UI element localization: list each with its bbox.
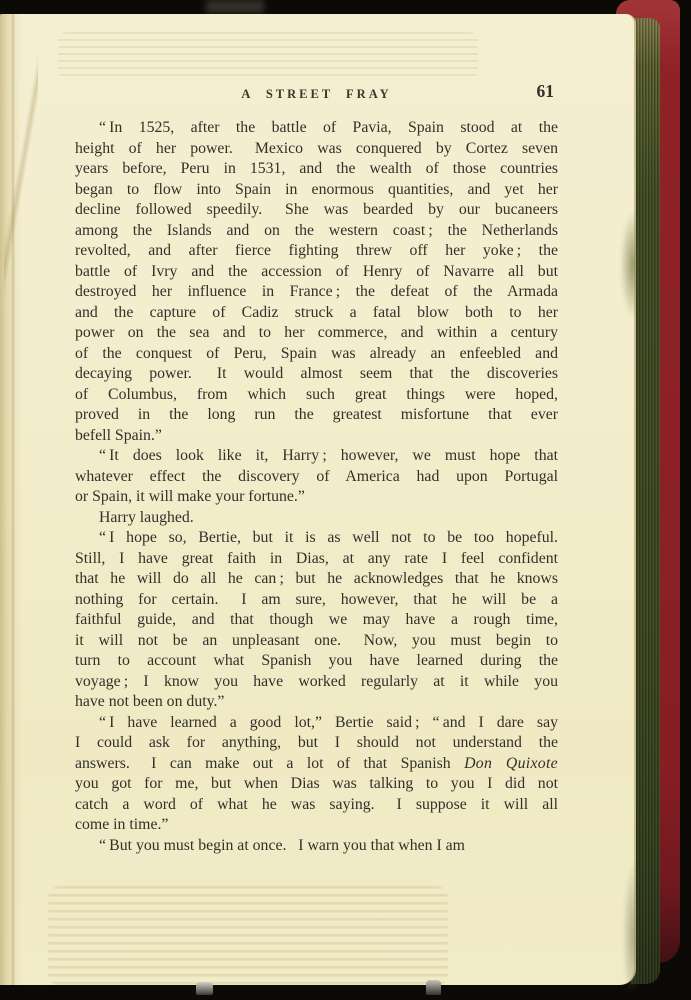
text-line: whatever effect the discovery of America… — [75, 467, 558, 488]
text-line: proved in the long run the greatest misf… — [75, 405, 558, 426]
text-line: revolted, and after fierce fighting thre… — [75, 241, 558, 262]
text-line: catch a word of what he was saying. I su… — [75, 795, 558, 816]
text-line: you got for me, but when Dias was talkin… — [75, 774, 558, 795]
text-line: among the Islands and on the western coa… — [75, 221, 558, 242]
text-line: faithful guide, and that though we may h… — [75, 610, 558, 631]
text-line: of Columbus, from which such great thing… — [75, 385, 558, 406]
text-line: answers. I can make out a lot of that Sp… — [75, 754, 558, 775]
text-line: voyage ; I know you have worked regularl… — [75, 672, 558, 693]
paragraph: “ It does look like it, Harry ; however,… — [75, 446, 558, 508]
text-line: befell Spain.” — [75, 426, 558, 447]
book-holder-clip — [196, 982, 213, 995]
text-line: “ I have learned a good lot,” Bertie sai… — [75, 713, 558, 734]
text-line: destroyed her influence in France ; the … — [75, 282, 558, 303]
text-line: began to flow into Spain in enormous qua… — [75, 180, 558, 201]
page-text: “ In 1525, after the battle of Pavia, Sp… — [75, 118, 558, 856]
text-line: “ I hope so, Bertie, but it is as well n… — [75, 528, 558, 549]
text-line: “ In 1525, after the battle of Pavia, Sp… — [75, 118, 558, 139]
page-edge-stain — [620, 210, 636, 320]
paragraph: “ I have learned a good lot,” Bertie sai… — [75, 713, 558, 836]
paragraph: “ But you must begin at once. I warn you… — [75, 836, 558, 857]
page-number: 61 — [537, 81, 555, 102]
page-edge-stain — [622, 859, 636, 989]
scanned-book-photo: A STREET FRAY 61 “ In 1525, after the ba… — [0, 0, 691, 1000]
text-line: I could ask for anything, but I should n… — [75, 733, 558, 754]
text-line: Still, I have great faith in Dias, at an… — [75, 549, 558, 570]
text-line: “ But you must begin at once. I warn you… — [75, 836, 558, 857]
text-line: height of her power. Mexico was conquere… — [75, 139, 558, 160]
paragraph: “ I hope so, Bertie, but it is as well n… — [75, 528, 558, 713]
text-line: or Spain, it will make your fortune.” — [75, 487, 558, 508]
text-line: turn to account what Spanish you have le… — [75, 651, 558, 672]
text-line: and the capture of Cadiz struck a fatal … — [75, 303, 558, 324]
page-texture-top — [58, 32, 478, 80]
text-line: years before, Peru in 1531, and the weal… — [75, 159, 558, 180]
text-line: Harry laughed. — [75, 508, 558, 529]
page-corner-crease — [4, 14, 38, 334]
text-line: nothing for certain. I am sure, however,… — [75, 590, 558, 611]
paragraph: “ In 1525, after the battle of Pavia, Sp… — [75, 118, 558, 446]
running-header: A STREET FRAY 61 — [75, 85, 558, 107]
text-line: that he will do all he can ; but he ackn… — [75, 569, 558, 590]
book-holder-clip — [426, 980, 441, 995]
text-line: it will not be an unpleasant one. Now, y… — [75, 631, 558, 652]
photo-reflection-smudge — [206, 0, 264, 13]
text-line: of the conquest of Peru, Spain was alrea… — [75, 344, 558, 365]
text-line: power on the sea and to her commerce, an… — [75, 323, 558, 344]
page-texture-bottom — [48, 886, 448, 986]
paragraph: Harry laughed. — [75, 508, 558, 529]
text-line: “ It does look like it, Harry ; however,… — [75, 446, 558, 467]
chapter-running-title: A STREET FRAY — [75, 87, 558, 102]
text-line: decaying power. It would almost seem tha… — [75, 364, 558, 385]
text-line: have not been on duty.” — [75, 692, 558, 713]
text-line: come in time.” — [75, 815, 558, 836]
text-line: decline followed speedily. She was beard… — [75, 200, 558, 221]
text-line: battle of Ivry and the accession of Henr… — [75, 262, 558, 283]
book-page: A STREET FRAY 61 “ In 1525, after the ba… — [0, 14, 636, 985]
